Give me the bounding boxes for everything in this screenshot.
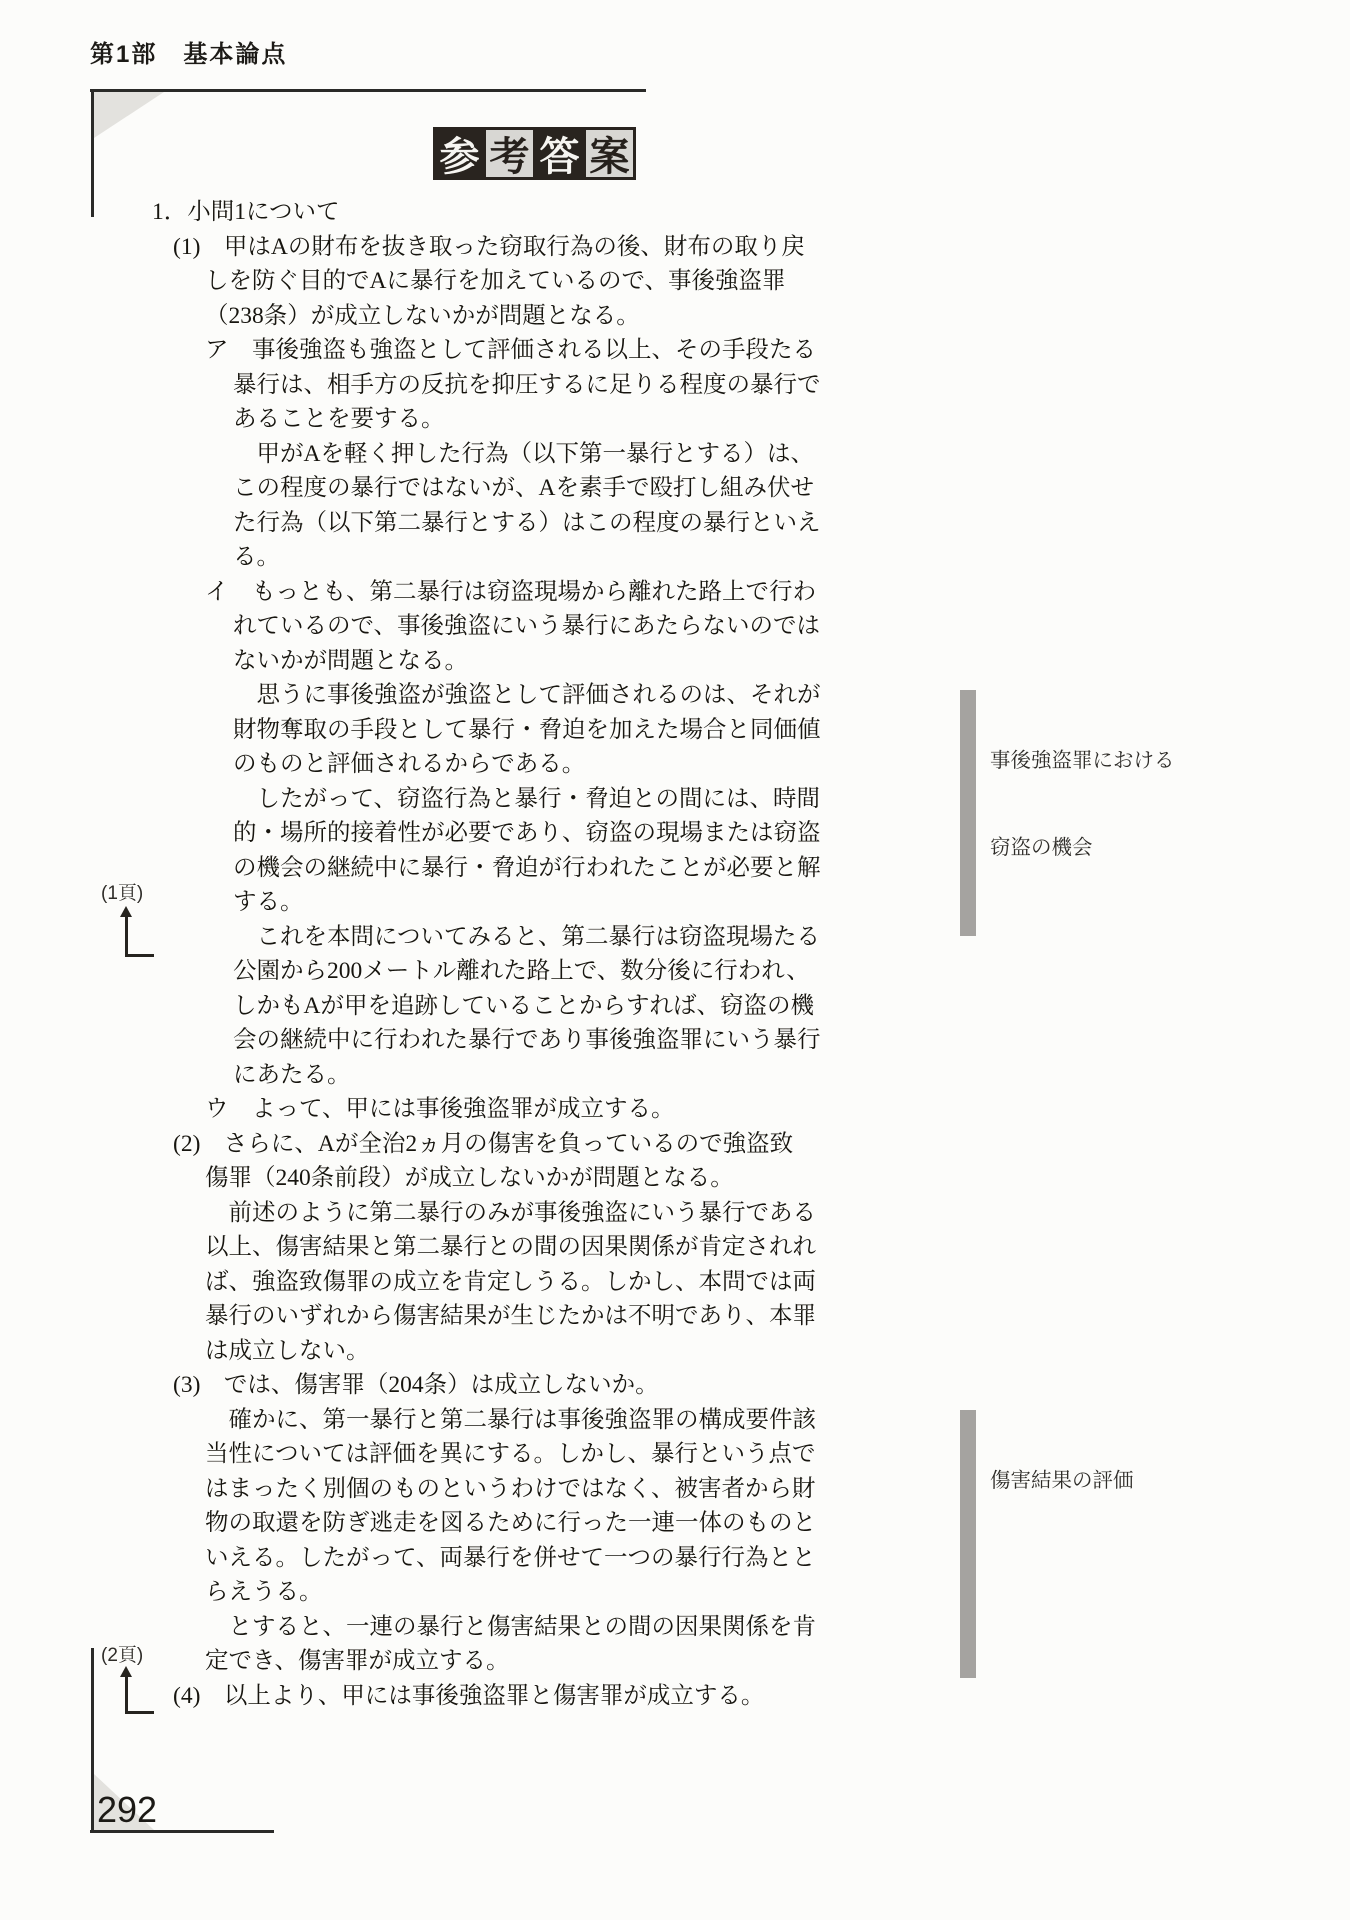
body-line: 暴行は、相手方の反抗を抑圧するに足りる程度の暴行で: [150, 368, 830, 403]
body-line: る。: [150, 540, 830, 575]
body-line: （238条）が成立しないかが問題となる。: [150, 299, 830, 334]
body-line: (3) では、傷害罪（204条）は成立しないか。: [150, 1368, 830, 1403]
page-number: 292: [97, 1789, 157, 1831]
body-line: したがって、窃盗行為と暴行・脅迫との間には、時間: [150, 782, 830, 817]
body-line: しかもAが甲を追跡していることからすれば、窃盗の機: [150, 989, 830, 1024]
body-line: 物の取還を防ぎ逃走を図るために行った一連一体のものと: [150, 1506, 830, 1541]
body-line: 1．小問1について: [150, 195, 830, 230]
arrow-line: [125, 915, 128, 957]
title-char-box: 考: [483, 127, 536, 180]
body-line: 確かに、第一暴行と第二暴行は事後強盗罪の構成要件該: [150, 1403, 830, 1438]
body-line: 会の継続中に行われた暴行であり事後強盗罪にいう暴行: [150, 1023, 830, 1058]
body-line: 以上、傷害結果と第二暴行との間の因果関係が肯定されれ: [150, 1230, 830, 1265]
body-line: はまったく別個のものというわけではなく、被害者から財: [150, 1472, 830, 1507]
body-line: しを防ぐ目的でAに暴行を加えているので、事後強盗罪: [150, 264, 830, 299]
body-line: とすると、一連の暴行と傷害結果との間の因果関係を肯: [150, 1610, 830, 1645]
body-line: た行為（以下第二暴行とする）はこの程度の暴行といえ: [150, 506, 830, 541]
body-line: にあたる。: [150, 1058, 830, 1093]
body-line: ば、強盗致傷罪の成立を肯定しうる。しかし、本問では両: [150, 1265, 830, 1300]
body-line: ウ よって、甲には事後強盗罪が成立する。: [150, 1092, 830, 1127]
body-line: 当性については評価を異にする。しかし、暴行という点で: [150, 1437, 830, 1472]
body-line: イ もっとも、第二暴行は窃盗現場から離れた路上で行わ: [150, 575, 830, 610]
body-line: 公園から200メートル離れた路上で、数分後に行われ、: [150, 954, 830, 989]
left-border-top: [91, 89, 94, 217]
side-note-line: 窃盗の機会: [990, 833, 1175, 862]
reference-answer-title: 参 考 答 案: [433, 127, 636, 180]
left-border-bottom: [91, 1648, 94, 1833]
body-line: の機会の継続中に暴行・脅迫が行われたことが必要と解: [150, 851, 830, 886]
body-line: ア 事後強盗も強盗として評価される以上、その手段たる: [150, 333, 830, 368]
body-line: (4) 以上より、甲には事後強盗罪と傷害罪が成立する。: [150, 1679, 830, 1714]
body-line: いえる。したがって、両暴行を併せて一つの暴行行為とと: [150, 1541, 830, 1576]
body-line: 前述のように第二暴行のみが事後強盗にいう暴行である: [150, 1196, 830, 1231]
running-head: 第1部 基本論点: [90, 34, 287, 69]
arrow-foot: [125, 954, 154, 957]
side-note-line: 傷害結果の評価: [990, 1466, 1134, 1495]
body-line: あることを要する。: [150, 402, 830, 437]
body-line: 傷罪（240条前段）が成立しないかが問題となる。: [150, 1161, 830, 1196]
page-marker-label: (1頁): [101, 878, 143, 905]
side-note-line: 事後強盗罪における: [990, 746, 1175, 775]
body-line: 甲がAを軽く押した行為（以下第一暴行とする）は、: [150, 437, 830, 472]
corner-triangle-top: [94, 92, 164, 138]
body-line: 定でき、傷害罪が成立する。: [150, 1644, 830, 1679]
body-line: は成立しない。: [150, 1334, 830, 1369]
body-line: 的・場所的接着性が必要であり、窃盗の現場または窃盗: [150, 816, 830, 851]
side-note-bar: [960, 690, 976, 936]
title-char-box: 参: [433, 127, 486, 180]
body-line: らえうる。: [150, 1575, 830, 1610]
title-char-box: 案: [583, 127, 636, 180]
side-note-bar: [960, 1410, 976, 1678]
body-line: 財物奪取の手段として暴行・脅迫を加えた場合と同価値: [150, 713, 830, 748]
body-line: れているので、事後強盗にいう暴行にあたらないのでは: [150, 609, 830, 644]
body-line: のものと評価されるからである。: [150, 747, 830, 782]
book-page: 第1部 基本論点 参 考 答 案 1．小問1について(1) 甲はAの財布を抜き取…: [0, 0, 1350, 1920]
body-line: ないかが問題となる。: [150, 644, 830, 679]
body-line: する。: [150, 885, 830, 920]
body-line: (2) さらに、Aが全治2ヵ月の傷害を負っているので強盗致: [150, 1127, 830, 1162]
answer-body: 1．小問1について(1) 甲はAの財布を抜き取った窃取行為の後、財布の取り戻しを…: [150, 195, 830, 1713]
side-note: 傷害結果の評価: [990, 1408, 1134, 1553]
body-line: これを本問についてみると、第二暴行は窃盗現場たる: [150, 920, 830, 955]
body-line: 暴行のいずれから傷害結果が生じたかは不明であり、本罪: [150, 1299, 830, 1334]
arrow-line: [125, 1675, 128, 1714]
body-line: (1) 甲はAの財布を抜き取った窃取行為の後、財布の取り戻: [150, 230, 830, 265]
header-rule: [90, 89, 646, 92]
body-line: 思うに事後強盗が強盗として評価されるのは、それが: [150, 678, 830, 713]
title-char-box: 答: [533, 127, 586, 180]
arrow-foot: [125, 1711, 154, 1714]
body-line: この程度の暴行ではないが、Aを素手で殴打し組み伏せ: [150, 471, 830, 506]
side-note: 事後強盗罪における 窃盗の機会: [990, 688, 1175, 920]
page-marker-label: (2頁): [101, 1640, 143, 1667]
